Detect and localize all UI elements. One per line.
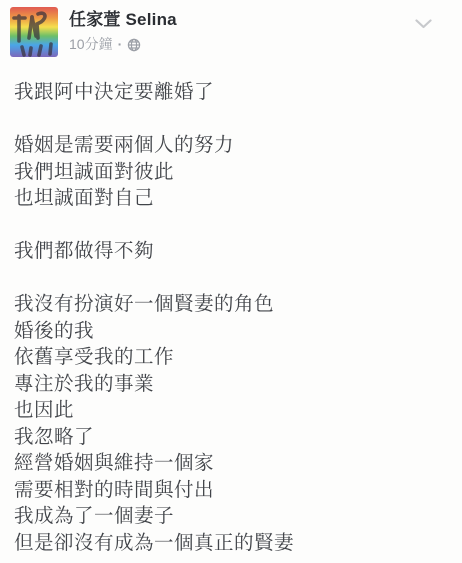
profile-name[interactable]: 任家萱 Selina (69, 8, 409, 31)
profile-avatar[interactable] (10, 7, 58, 57)
globe-icon (127, 38, 141, 52)
post-text-line (14, 265, 450, 292)
post-text-line: 我忽略了 (14, 424, 450, 451)
post-meta: 10分鐘 · (69, 34, 409, 54)
facebook-post-card: 任家萱 Selina 10分鐘 · (0, 0, 462, 563)
post-text: 我跟阿中決定要離婚了 婚姻是需要兩個人的努力 我們坦誠面對彼此 也坦誠面對自己 … (10, 79, 450, 556)
post-header-text: 任家萱 Selina 10分鐘 · (69, 6, 409, 54)
post-text-line: 也坦誠面對自己 (14, 185, 450, 212)
post-text-line: 我們都做得不夠 (14, 238, 450, 265)
post-text-line: 我沒有扮演好一個賢妻的角色 (14, 291, 450, 318)
post-text-line: 依舊享受我的工作 (14, 344, 450, 371)
post-text-line (14, 212, 450, 239)
post-text-line: 需要相對的時間與付出 (14, 477, 450, 504)
post-text-line: 婚姻是需要兩個人的努力 (14, 132, 450, 159)
post-text-line: 但是卻沒有成為一個真正的賢妻 (14, 530, 450, 557)
post-text-line: 我跟阿中決定要離婚了 (14, 79, 450, 106)
avatar-photo-marks (10, 7, 58, 57)
meta-separator: · (118, 36, 123, 52)
post-text-line: 婚後的我 (14, 318, 450, 345)
post-text-line: 也因此 (14, 397, 450, 424)
timestamp[interactable]: 10分鐘 (69, 34, 113, 54)
post-text-line: 我成為了一個妻子 (14, 503, 450, 530)
post-text-line: 我們坦誠面對彼此 (14, 159, 450, 186)
chevron-down-icon[interactable] (409, 6, 450, 40)
post-text-line: 經營婚姻與維持一個家 (14, 450, 450, 477)
post-header: 任家萱 Selina 10分鐘 · (10, 6, 450, 57)
post-text-line: 專注於我的事業 (14, 371, 450, 398)
post-text-line (14, 106, 450, 133)
